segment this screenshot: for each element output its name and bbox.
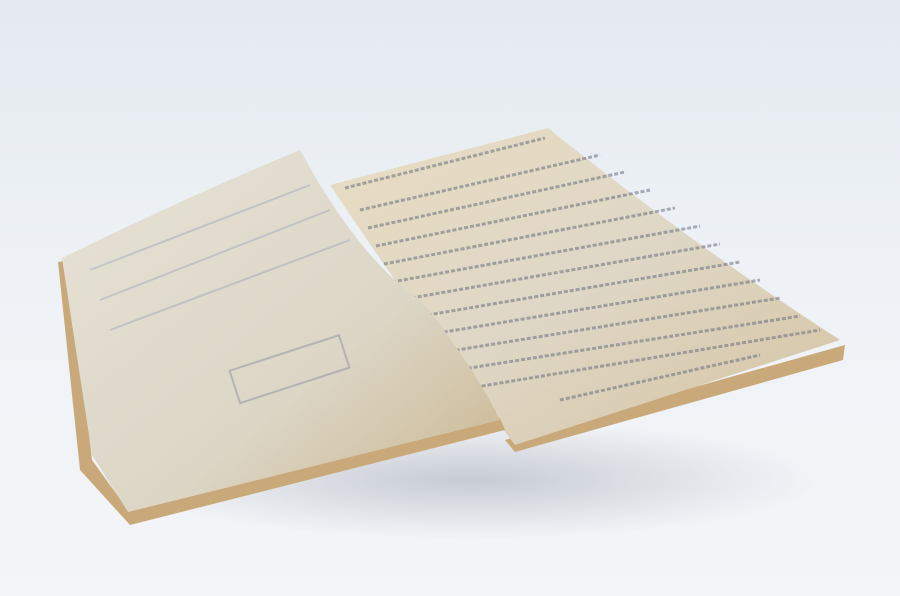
photo-scene [0,0,900,596]
booklet-illustration [0,0,900,596]
